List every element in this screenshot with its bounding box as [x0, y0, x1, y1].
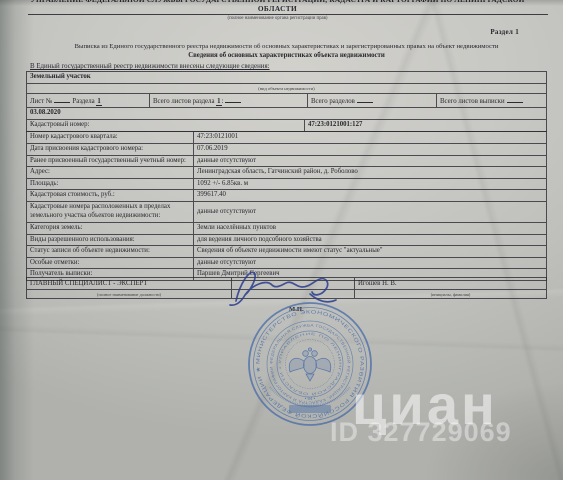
position-caption: (полное наименование должности) [27, 290, 231, 298]
row-label: Виды разрешенного использования: [27, 235, 193, 246]
row-label: Адрес: [27, 167, 193, 178]
extract-date: 03.08.2020 [27, 108, 546, 119]
object-type-caption-row: (вид объекта недвижимости) [27, 83, 546, 93]
total-sheets-cell: Всего листов раздела 1: [149, 94, 307, 107]
document-photo: УПРАВЛЕНИЕ ФЕДЕРАЛЬНОЙ СЛУЖБЫ ГОСУДАРСТВ… [0, 0, 563, 480]
row-label: Ранее присвоенный государственный учетны… [27, 156, 193, 167]
row-value: для ведения личного подсобного хозяйства [193, 235, 546, 246]
table-row: Площадь: 1092 +/- 6.85кв. м [27, 178, 546, 190]
sheet-number-blank [54, 96, 70, 103]
sheet-section-label: Раздела [72, 98, 94, 105]
table-row: Категория земель: Земли населённых пункт… [27, 222, 546, 234]
total-sections-cell: Всего разделов [307, 94, 436, 107]
row-value: данные отсутствуют [193, 156, 546, 167]
sheet-info-row: Лист №Раздела 1 Всего листов раздела 1: … [27, 93, 546, 107]
row-value: 1092 +/- 6.85кв. м [193, 179, 546, 190]
total-sections-blank [357, 96, 373, 103]
row-value: данные отсутствуют [193, 202, 546, 222]
row-label: Кадастровые номера расположенных в преде… [27, 202, 193, 222]
table-row: Виды разрешенного использования: для вед… [27, 234, 546, 246]
cadastral-number-label: Кадастровый номер: [27, 120, 304, 131]
row-value: 399617.40 [193, 190, 546, 201]
official-position: ГЛАВНЫЙ СПЕЦИАЛИСТ - ЭКСПЕРТ [27, 278, 231, 289]
object-type: Земельный участок [27, 72, 546, 83]
total-extract-sheets-cell: Всего листов выписки [436, 94, 546, 107]
details-table: Номер кадастрового квартала: 47:23:01210… [26, 131, 547, 281]
row-label: Площадь: [27, 179, 193, 190]
table-row: Ранее присвоенный государственный учетны… [27, 155, 546, 167]
table-row: Статус записи об объекте недвижимости: С… [27, 245, 546, 257]
row-value: 07.06.2019 [193, 144, 546, 155]
cadastral-number-value: 47:23:0121001:127 [304, 120, 546, 131]
table-row: Номер кадастрового квартала: 47:23:01210… [27, 132, 546, 143]
object-type-caption: (вид объекта недвижимости) [27, 84, 546, 93]
total-sheets-label: Всего листов раздела [153, 98, 214, 105]
table-row: Кадастровые номера расположенных в преде… [27, 201, 546, 222]
total-sheets-value: 1 [216, 98, 221, 106]
total-extract-sheets-blank [507, 96, 523, 103]
row-label: Дата присвоения кадастрового номера: [27, 144, 193, 155]
cadastral-number-row: Кадастровый номер: 47:23:0121001:127 [27, 119, 546, 131]
extract-date-row: 03.08.2020 [27, 107, 546, 119]
stamp-number: • 94 • [305, 396, 316, 401]
row-label: Кадастровая стоимость, руб.: [27, 190, 193, 201]
official-name: Игошев Н. В. [354, 278, 546, 289]
section-label: Раздел 1 [490, 28, 519, 36]
row-value: Сведения об объекте недвижимости имеют с… [193, 246, 546, 257]
row-label: Статус записи об объекте недвижимости: [27, 246, 193, 257]
row-value: Земли населённых пунктов [193, 223, 546, 234]
sheet-section-value: 1 [96, 98, 101, 106]
document-subtitle: Сведения об основных характеристиках объ… [20, 52, 553, 59]
cian-watermark-id: ID 327729069 [330, 417, 512, 448]
document-title: Выписка из Единого государственного реес… [20, 43, 553, 50]
org-name-underline [28, 14, 548, 15]
table-row: Кадастровая стоимость, руб.: 399617.40 [27, 189, 546, 201]
org-name-line2: ОБЛАСТИ [0, 4, 555, 13]
total-sections-label: Всего разделов [311, 98, 355, 105]
table-row: Дата присвоения кадастрового номера: 07.… [27, 143, 546, 155]
row-value: 47:23:0121001 [193, 132, 546, 143]
row-label: Номер кадастрового квартала: [27, 132, 193, 143]
total-sheets-blank [225, 96, 241, 103]
intro-line: В Единый государственный реестр недвижим… [30, 63, 270, 70]
row-value: Ленинградская область, Гатчинский район,… [193, 167, 546, 178]
total-extract-sheets-label: Всего листов выписки [440, 98, 505, 105]
egrn-extract-document: УПРАВЛЕНИЕ ФЕДЕРАЛЬНОЙ СЛУЖБЫ ГОСУДАРСТВ… [0, 0, 563, 480]
object-header-table: Земельный участок (вид объекта недвижимо… [26, 71, 547, 132]
stamp-bottom-band [289, 405, 331, 413]
name-caption: (инициалы, фамилия) [354, 290, 546, 298]
row-label: Категория земель: [27, 223, 193, 234]
row-label: Особые отметки: [27, 258, 193, 269]
table-row: Адрес: Ленинградская область, Гатчинский… [27, 166, 546, 178]
object-type-row: Земельный участок [27, 72, 546, 83]
sheet-number-cell: Лист №Раздела 1 [27, 94, 149, 107]
sheet-number-label: Лист № [30, 98, 52, 105]
org-name-caption: (полное наименование органа регистрации … [0, 16, 555, 21]
eagle-emblem [289, 348, 331, 381]
